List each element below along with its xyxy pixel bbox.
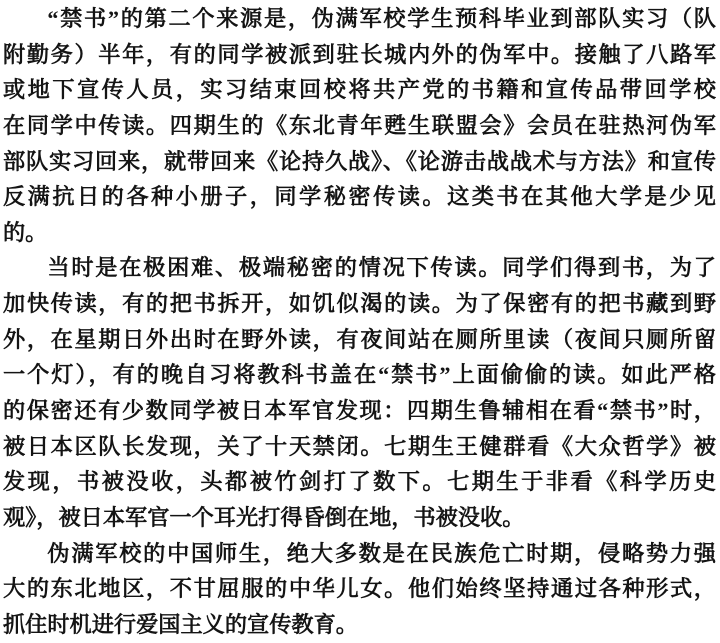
paragraph: 当时是在极困难、极端秘密的情况下传读。同学们得到书，为了 加快传读，有的把书拆开… (3, 250, 716, 535)
text-line: 附勤务）半年，有的同学被派到驻长城内外的伪军中。接触了八路军 (3, 37, 716, 73)
paragraph: 伪满军校的中国师生，绝大多数是在民族危亡时期，侵略势力强 大的东北地区，不甘屈服… (3, 536, 716, 643)
text-line: 反满抗日的各种小册子，同学秘密传读。这类书在其他大学是少见 (3, 179, 716, 215)
document-page: “禁书”的第二个来源是，伪满军校学生预科毕业到部队实习（队 附勤务）半年，有的同… (0, 0, 720, 643)
text-line: 发现，书被没收，头都被竹剑打了数下。七期生于非看《科学历史 (3, 464, 716, 500)
text-line: 伪满军校的中国师生，绝大多数是在民族危亡时期，侵略势力强 (3, 536, 716, 572)
text-line: 在同学中传读。四期生的《东北青年甦生联盟会》会员在驻热河伪军 (3, 108, 716, 144)
text-line: 一个灯），有的晚自习将教科书盖在“禁书”上面偷偷的读。如此严格 (3, 357, 716, 393)
text-line: 加快传读，有的把书拆开，如饥似渴的读。为了保密有的把书藏到野 (3, 286, 716, 322)
text-line: 的。 (3, 215, 716, 251)
text-line: 部队实习回来，就带回来《论持久战》、《论游击战战术与方法》和宣传 (3, 144, 716, 180)
text-line: 观》，被日本军官一个耳光打得昏倒在地，书被没收。 (3, 500, 716, 536)
text-line: 被日本区队长发现，关了十天禁闭。七期生王健群看《大众哲学》被 (3, 429, 716, 465)
text-line: “禁书”的第二个来源是，伪满军校学生预科毕业到部队实习（队 (3, 1, 716, 37)
text-line: 的保密还有少数同学被日本军官发现：四期生鲁辅相在看“禁书”时， (3, 393, 716, 429)
text-line: 当时是在极困难、极端秘密的情况下传读。同学们得到书，为了 (3, 250, 716, 286)
text-line: 大的东北地区，不甘屈服的中华儿女。他们始终坚持通过各种形式， (3, 571, 716, 607)
paragraph: “禁书”的第二个来源是，伪满军校学生预科毕业到部队实习（队 附勤务）半年，有的同… (3, 1, 716, 250)
text-line: 或地下宣传人员，实习结束回校将共产党的书籍和宣传品带回学校 (3, 72, 716, 108)
text-line: 抓住时机进行爱国主义的宣传教育。 (3, 607, 716, 643)
text-line: 外，在星期日外出时在野外读，有夜间站在厕所里读（夜间只厕所留 (3, 322, 716, 358)
